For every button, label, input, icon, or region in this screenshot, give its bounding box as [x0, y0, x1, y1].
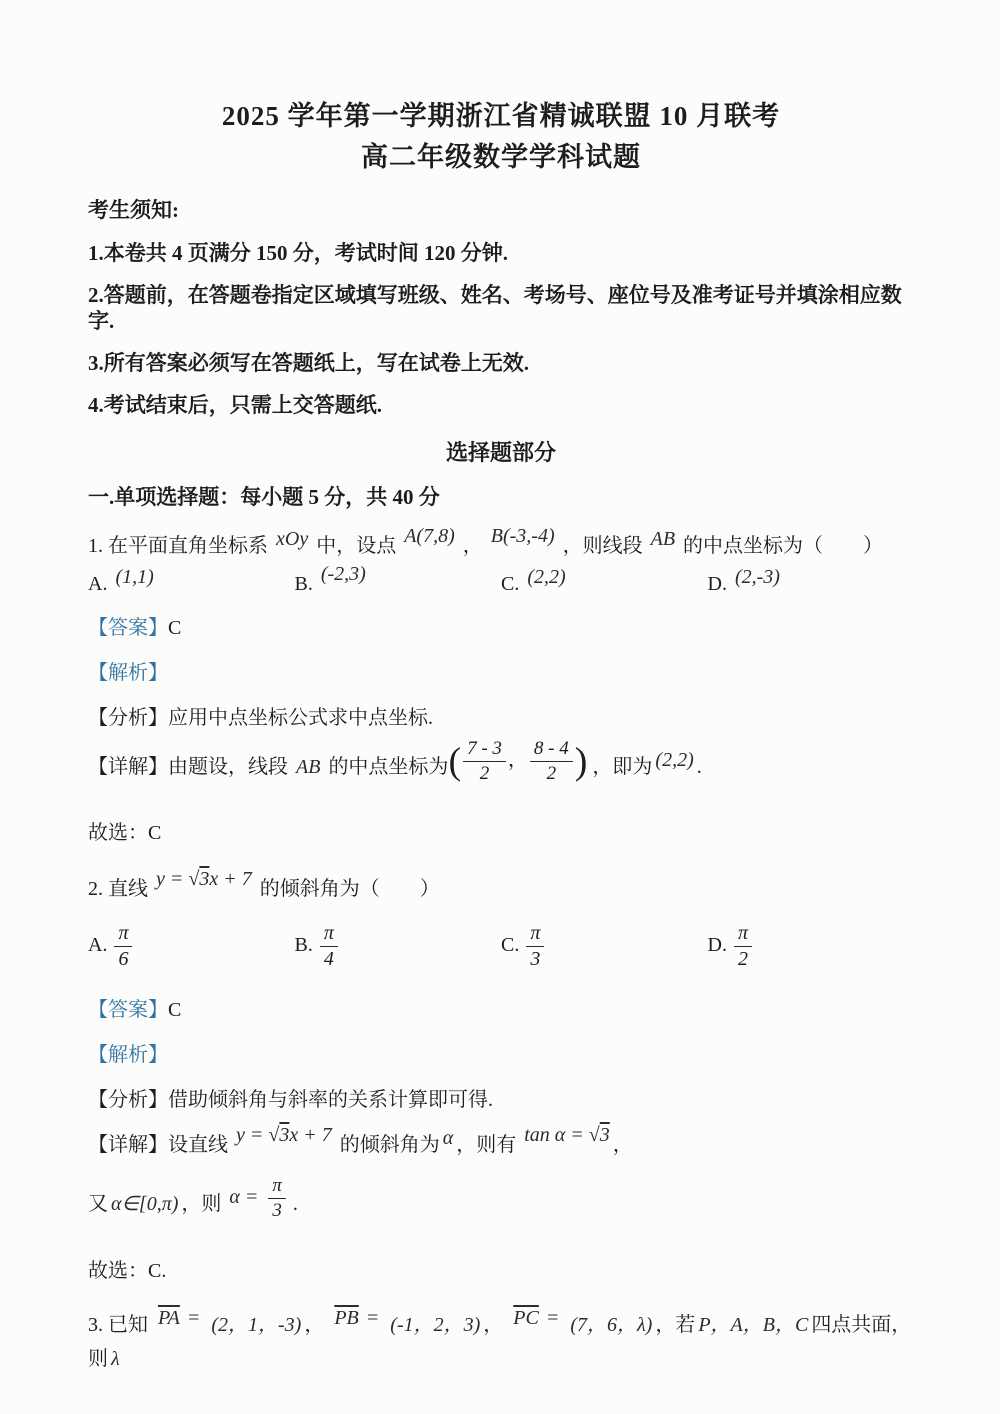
q2-option-a-label: A. — [88, 934, 107, 956]
q1-fraction-2: 8 - 42 — [530, 738, 573, 785]
q1-option-d-value: (2,-3) — [735, 566, 780, 589]
q2-conclusion-row: 故选：C. — [88, 1258, 914, 1284]
q2-option-b: B. π4 — [295, 922, 502, 971]
q1-conclusion-label: 故选： — [88, 822, 148, 844]
q1-fraction-2-denominator: 2 — [530, 762, 573, 785]
q2-text-2: 的倾斜角为（ ） — [260, 878, 440, 900]
q3-value-pa: (2，1，-3) — [211, 1314, 301, 1336]
q2-answer-label: 【答案】 — [88, 999, 168, 1021]
q2-option-a-denominator: 6 — [114, 947, 132, 971]
q1-formula-point-b: B(-3,-4) — [491, 519, 555, 553]
q3-comma-1: ， — [304, 1314, 324, 1336]
q1-formula-xoy: xOy — [276, 522, 308, 556]
q2-xiangjie-line-formula: y = √3x + 7 — [236, 1122, 332, 1148]
q2-tan-text: tan α = — [524, 1124, 589, 1146]
q2-pi-over-3: π3 — [268, 1175, 286, 1222]
q1-fraction-2-numerator: 8 - 4 — [530, 738, 573, 762]
q1-jiexi-row: 【解析】 — [88, 660, 914, 686]
q1-fenxi-label: 【分析】 — [88, 707, 168, 729]
q2-tan-sqrt: √3 — [589, 1124, 610, 1146]
q2-sqrt: √3 — [188, 868, 209, 890]
q1-left-paren: ( — [448, 740, 461, 782]
q2-option-c-numerator: π — [526, 922, 544, 947]
q3-value-pc: (7，6，λ) — [570, 1314, 652, 1336]
q1-conclusion-value: C — [148, 822, 161, 844]
exam-title-line1: 2025 学年第一学期浙江省精诚联盟 10 月联考 — [88, 96, 914, 137]
q2-xj-sqrt: √3 — [268, 1124, 289, 1146]
q2-conclusion-label: 故选： — [88, 1260, 148, 1282]
q1-fraction-1-numerator: 7 - 3 — [463, 738, 506, 762]
q2-option-a-fraction: π6 — [114, 922, 132, 971]
q1-xiangjie-row: 【详解】由题设，线段 AB 的中点坐标为(7 - 32，8 - 42) ，即为(… — [88, 745, 914, 792]
q2-formula-y: y = — [156, 868, 188, 890]
q1-text-1: 1. 在平面直角坐标系 — [88, 535, 268, 557]
q3-comma-2: ， — [483, 1314, 503, 1336]
q2-option-b-label: B. — [295, 934, 313, 956]
notice-heading: 考生须知: — [88, 194, 914, 224]
question-1-stem: 1. 在平面直角坐标系 xOy 中，设点 A(7,8) ， B(-3,-4) ，… — [88, 529, 914, 563]
q1-answer-row: 【答案】C — [88, 615, 914, 641]
q3-eq-1: = — [182, 1307, 201, 1329]
q2-formula-x: x + 7 — [209, 868, 251, 890]
q1-option-a-label: A. — [88, 573, 107, 595]
q1-fraction-1: 7 - 32 — [463, 738, 506, 785]
q2-jiexi-label: 【解析】 — [88, 1044, 168, 1066]
q3-vec-pa: PA — [158, 1307, 180, 1329]
q1-xiangjie-text-2: 的中点坐标为 — [328, 756, 448, 778]
q1-option-b-label: B. — [295, 573, 313, 595]
q1-option-c-value: (2,2) — [527, 566, 565, 589]
q2-radical-sign: √ — [188, 868, 199, 890]
q1-fraction-1-denominator: 2 — [463, 762, 506, 785]
question-1-options: A. (1,1) B. (-2,3) C. (2,2) D. (2,-3) — [88, 573, 914, 596]
q2-xiangjie-text-3: ，则有 — [456, 1134, 516, 1156]
q1-option-c: C. (2,2) — [501, 573, 708, 596]
q1-option-d-label: D. — [708, 573, 727, 595]
q1-option-d: D. (2,-3) — [708, 573, 915, 596]
q1-midpoint-formula: (7 - 32，8 - 42) — [448, 738, 587, 785]
q2-tan-radical-sign: √ — [589, 1124, 600, 1146]
q2-option-d: D. π2 — [708, 922, 915, 971]
q2-option-c: C. π3 — [501, 922, 708, 971]
q2-alpha-equals: α = — [229, 1186, 263, 1208]
q1-jiexi-label: 【解析】 — [88, 662, 168, 684]
q1-xiangjie-text-1: 由题设，线段 — [168, 756, 288, 778]
q1-text-4: ，则线段 — [563, 535, 643, 557]
q2-pi-numerator: π — [268, 1175, 286, 1199]
q2-option-b-numerator: π — [320, 922, 338, 947]
q2-alpha-equals-formula: α = π3 — [226, 1175, 288, 1222]
q2-option-a-numerator: π — [114, 922, 132, 947]
q3-vector-pb: PB = — [332, 1301, 379, 1335]
q2-alpha-interval: α∈[0,π) — [111, 1193, 178, 1215]
q1-option-b: B. (-2,3) — [295, 573, 502, 596]
q1-answer-label: 【答案】 — [88, 617, 168, 639]
q1-formula-ab: AB — [651, 522, 675, 556]
q1-result-point: (2,2) — [655, 747, 693, 773]
q2-option-c-label: C. — [501, 934, 519, 956]
q2-xiangjie-label: 【详解】 — [88, 1134, 168, 1156]
q1-option-a-value: (1,1) — [115, 566, 153, 589]
q1-fraction-comma: ， — [508, 749, 528, 771]
q2-text-1: 2. 直线 — [88, 878, 148, 900]
q2-answer-value: C — [168, 999, 181, 1021]
q2-tan-radical-arg: 3 — [600, 1124, 610, 1146]
q1-xiangjie-text-4: . — [697, 756, 702, 778]
q1-option-a: A. (1,1) — [88, 573, 295, 596]
q3-text-2: ，若 — [655, 1314, 695, 1336]
section-title: 选择题部分 — [88, 436, 914, 467]
q2-xiangjie-row-2: 又α∈[0,π)，则 α = π3 . — [88, 1182, 914, 1229]
q2-xj2-text-2: ，则 — [181, 1193, 221, 1215]
q2-xiangjie-text-1: 设直线 — [168, 1134, 228, 1156]
q3-text-1: 3. 已知 — [88, 1314, 148, 1336]
q2-fenxi-row: 【分析】借助倾斜角与斜率的关系计算即可得. — [88, 1087, 914, 1113]
notice-item-2: 2.答题前，在答题卷指定区域填写班级、姓名、考场号、座位号及准考证号并填涂相应数… — [88, 282, 914, 334]
q1-right-paren: ) — [575, 740, 588, 782]
q1-xiangjie-label: 【详解】 — [88, 756, 168, 778]
exam-paper-page: 2025 学年第一学期浙江省精诚联盟 10 月联考 高二年级数学学科试题 考生须… — [0, 0, 1000, 1414]
q1-text-5: 的中点坐标为（ ） — [683, 535, 883, 557]
q3-lambda: λ — [111, 1348, 120, 1370]
q2-pi-denominator: 3 — [268, 1199, 286, 1222]
q2-option-d-fraction: π2 — [734, 922, 752, 971]
q2-xiangjie-text-4: ， — [613, 1134, 633, 1156]
q2-fenxi-text: 借助倾斜角与斜率的关系计算即可得. — [168, 1089, 493, 1111]
q1-option-b-value: (-2,3) — [321, 563, 366, 586]
q2-option-d-label: D. — [708, 934, 727, 956]
q1-fenxi-row: 【分析】应用中点坐标公式求中点坐标. — [88, 705, 914, 731]
q2-option-c-fraction: π3 — [526, 922, 544, 971]
q2-option-d-numerator: π — [734, 922, 752, 947]
q2-option-c-denominator: 3 — [526, 947, 544, 971]
notice-item-4: 4.考试结束后，只需上交答题纸. — [88, 392, 914, 418]
q2-jiexi-row: 【解析】 — [88, 1042, 914, 1068]
q3-value-pb: (-1，2，3) — [390, 1314, 480, 1336]
q2-conclusion-value: C. — [148, 1260, 166, 1282]
q2-xj-formula-x: x + 7 — [289, 1124, 331, 1146]
q3-vector-pc: PC = — [511, 1301, 559, 1335]
question-2-options: A. π6 B. π4 C. π3 D. π2 — [88, 922, 914, 971]
q1-formula-point-a: A(7,8) — [404, 519, 455, 553]
q1-xiangjie-formula-ab: AB — [296, 756, 320, 778]
q1-answer-value: C — [168, 617, 181, 639]
q1-text-3: ， — [463, 535, 483, 557]
q2-radical-arg: 3 — [199, 868, 209, 890]
notice-item-1: 1.本卷共 4 页满分 150 分，考试时间 120 分钟. — [88, 240, 914, 266]
subsection-title: 一.单项选择题：每小题 5 分，共 40 分 — [88, 481, 914, 511]
q1-conclusion-row: 故选：C — [88, 820, 914, 846]
question-2-stem: 2. 直线 y = √3x + 7 的倾斜角为（ ） — [88, 872, 914, 906]
q2-option-d-denominator: 2 — [734, 947, 752, 971]
q2-xj2-text-3: . — [293, 1193, 298, 1215]
q2-xj-formula-y: y = — [236, 1124, 268, 1146]
q3-vec-pc: PC — [513, 1307, 539, 1329]
q3-vector-pa: PA = — [156, 1301, 200, 1335]
q2-option-b-fraction: π4 — [320, 922, 338, 971]
q2-xj2-text-1: 又 — [88, 1193, 108, 1215]
q3-eq-2: = — [361, 1307, 380, 1329]
q2-xj-radical-sign: √ — [268, 1124, 279, 1146]
q2-xj-radical-arg: 3 — [279, 1124, 289, 1146]
q1-text-2: 中，设点 — [316, 535, 396, 557]
q2-line-formula: y = √3x + 7 — [156, 862, 252, 896]
q2-option-b-denominator: 4 — [320, 947, 338, 971]
q1-xiangjie-text-3: ，即为 — [592, 756, 652, 778]
exam-title-line2: 高二年级数学学科试题 — [88, 137, 914, 178]
question-3-stem: 3. 已知 PA = (2，1，-3)， PB = (-1，2，3)， PC =… — [88, 1308, 914, 1376]
q2-xiangjie-text-2: 的倾斜角为 — [340, 1134, 440, 1156]
q3-points: P，A，B，C — [698, 1314, 808, 1336]
q2-option-a: A. π6 — [88, 922, 295, 971]
notice-item-3: 3.所有答案必须写在答题纸上，写在试卷上无效. — [88, 350, 914, 376]
q2-xiangjie-row-1: 【详解】设直线 y = √3x + 7 的倾斜角为α，则有 tan α = √3… — [88, 1132, 914, 1158]
q3-eq-3: = — [541, 1307, 560, 1329]
q2-fenxi-label: 【分析】 — [88, 1089, 168, 1111]
q3-vec-pb: PB — [334, 1307, 358, 1329]
q2-answer-row: 【答案】C — [88, 997, 914, 1023]
q2-tan-formula: tan α = √3 — [524, 1122, 610, 1148]
q1-option-c-label: C. — [501, 573, 519, 595]
q1-fenxi-text: 应用中点坐标公式求中点坐标. — [168, 707, 433, 729]
q2-alpha: α — [443, 1125, 454, 1151]
